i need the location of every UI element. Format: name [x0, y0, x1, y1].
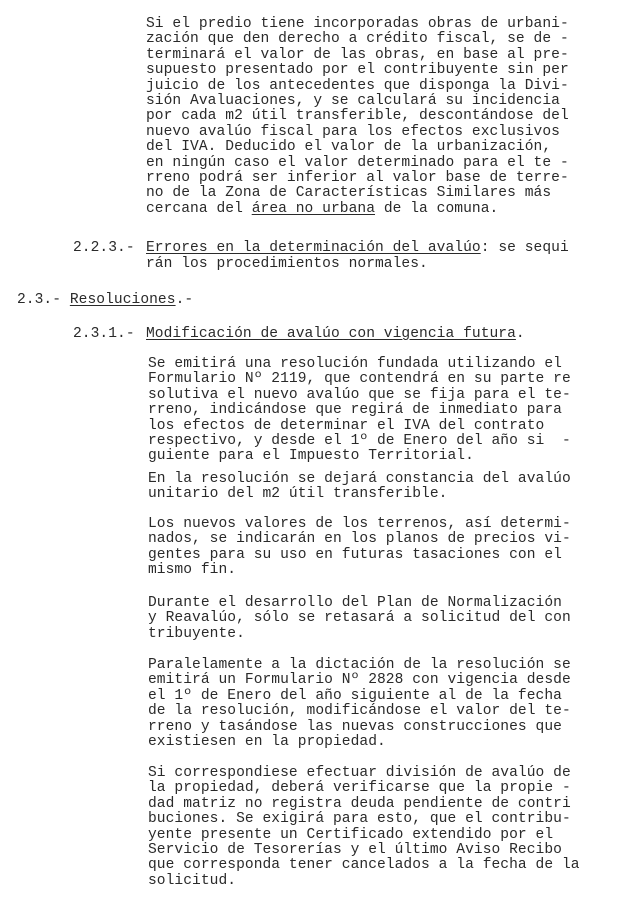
- text-line: rreno podrá ser inferior al valor base d…: [146, 171, 569, 186]
- text-line: Si correspondiese efectuar división de a…: [148, 766, 571, 781]
- text-line: cercana del área no urbana de la comuna.: [146, 202, 498, 217]
- text-line: Servicio de Tesorerías y el último Aviso…: [148, 843, 562, 858]
- text-line: guiente para el Impuesto Territorial.: [148, 449, 474, 464]
- underlined-phrase: área no urbana: [252, 201, 375, 217]
- text-segment: cercana del: [146, 201, 252, 217]
- text-line: el 1º de Enero del año siguiente al de l…: [148, 689, 562, 704]
- section-2-3-number: 2.3.-: [17, 292, 61, 308]
- text-line: unitario del m2 útil transferible.: [148, 487, 447, 502]
- text-line: los efectos de determinar el IVA del con…: [148, 419, 544, 434]
- text-line: que corresponda tener cancelados a la fe…: [148, 858, 580, 873]
- text-line: Se emitirá una resolución fundada utiliz…: [148, 357, 562, 372]
- text-line: y Reavalúo, sólo se retasará a solicitud…: [148, 611, 571, 626]
- text-line: del IVA. Deducido el valor de la urbaniz…: [146, 140, 551, 155]
- text-line: tribuyente.: [148, 627, 245, 642]
- text-segment: de la comuna.: [375, 201, 498, 217]
- section-2-3-1-heading: Modificación de avalúo con vigencia futu…: [146, 327, 525, 342]
- section-2-3-title: Resoluciones: [70, 292, 176, 308]
- section-2-3-1-suffix: .: [516, 326, 525, 342]
- text-line: emitirá un Formulario Nº 2828 con vigenc…: [148, 673, 571, 688]
- section-2-2-3-number: 2.2.3.-: [73, 241, 135, 256]
- section-2-3-heading: 2.3.- Resoluciones.-: [17, 293, 193, 308]
- text-line: En la resolución se dejará constancia de…: [148, 472, 571, 487]
- text-line: terminará el valor de las obras, en base…: [146, 48, 569, 63]
- text-line: Durante el desarrollo del Plan de Normal…: [148, 596, 562, 611]
- text-line: la propiedad, deberá verificarse que la …: [148, 781, 571, 796]
- text-line: Paralelamente a la dictación de la resol…: [148, 658, 571, 673]
- text-line: Los nuevos valores de los terrenos, así …: [148, 517, 571, 532]
- text-line: Si el predio tiene incorporadas obras de…: [146, 17, 569, 32]
- text-line: por cada m2 útil transferible, descontán…: [146, 109, 569, 124]
- text-line: mismo fin.: [148, 563, 236, 578]
- section-2-2-3-title: Errores en la determinación del avalúo: [146, 240, 481, 256]
- text-line: en ningún caso el valor determinado para…: [146, 156, 569, 171]
- text-line: existiesen en la propiedad.: [148, 735, 386, 750]
- text-line: sión Avaluaciones, y se calculará su inc…: [146, 94, 560, 109]
- text-line: Formulario Nº 2119, que contendrá en su …: [148, 372, 571, 387]
- section-2-2-3-title-rest: : se sequi: [481, 240, 569, 256]
- text-line: solicitud.: [148, 874, 236, 889]
- section-2-2-3-heading: Errores en la determinación del avalúo: …: [146, 241, 569, 256]
- text-line: nuevo avalúo fiscal para los efectos exc…: [146, 125, 560, 140]
- text-line: rreno y tasándose las nuevas construccio…: [148, 720, 562, 735]
- text-line: buciones. Se exigirá para esto, que el c…: [148, 812, 571, 827]
- section-2-3-suffix: .-: [176, 292, 194, 308]
- text-line: yente presente un Certificado extendido …: [148, 828, 553, 843]
- text-line: gentes para su uso en futuras tasaciones…: [148, 548, 562, 563]
- text-line: respectivo, y desde el 1º de Enero del a…: [148, 434, 571, 449]
- text-line: supuesto presentado por el contribuyente…: [146, 63, 569, 78]
- text-line: rreno, indicándose que regirá de inmedia…: [148, 403, 562, 418]
- text-line: juicio de los antecedentes que disponga …: [146, 79, 569, 94]
- text-line: nados, se indicarán en los planos de pre…: [148, 532, 571, 547]
- text-line: dad matriz no registra deuda pendiente d…: [148, 797, 571, 812]
- text-line: no de la Zona de Características Similar…: [146, 186, 551, 201]
- section-2-2-3-line2: rán los procedimientos normales.: [146, 257, 428, 272]
- section-2-3-1-number: 2.3.1.-: [73, 327, 135, 342]
- text-line: de la resolución, modificándose el valor…: [148, 704, 571, 719]
- text-line: solutiva el nuevo avalúo que se fija par…: [148, 388, 571, 403]
- text-line: zación que den derecho a crédito fiscal,…: [146, 32, 569, 47]
- section-2-3-1-title: Modificación de avalúo con vigencia futu…: [146, 326, 516, 342]
